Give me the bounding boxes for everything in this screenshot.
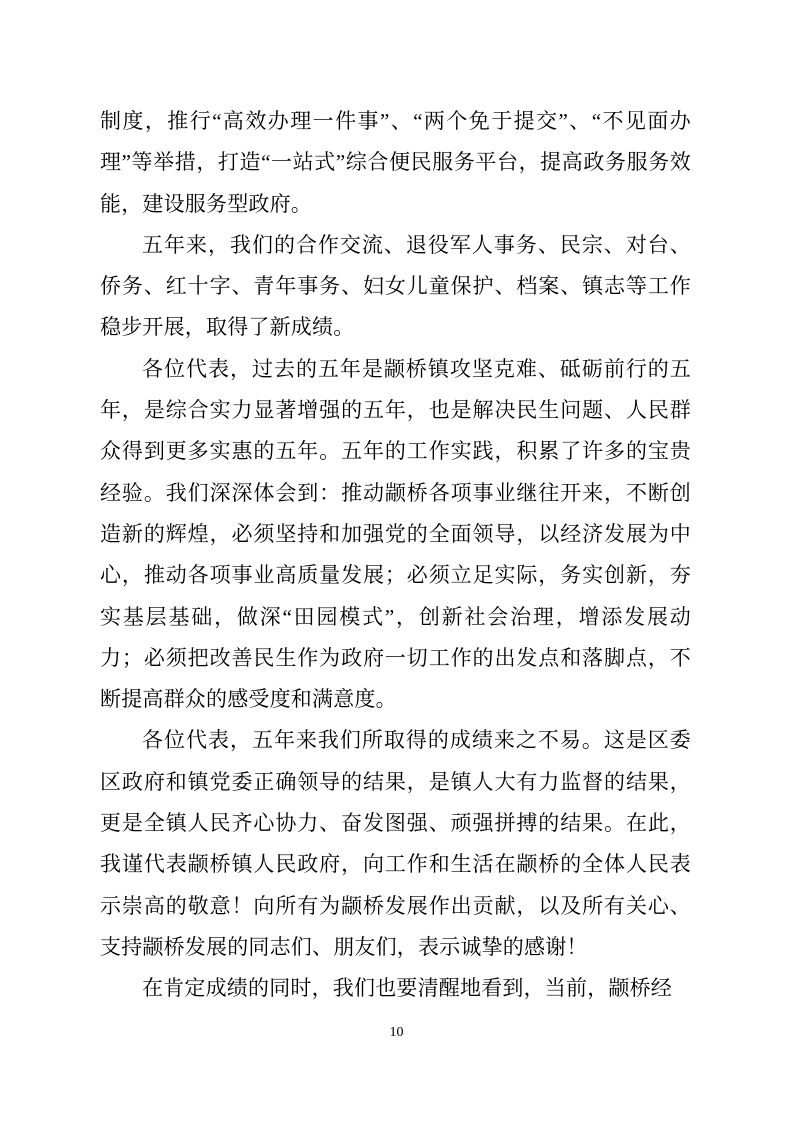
body-paragraph: 各位代表，过去的五年是颛桥镇攻坚克难、砥砺前行的五年，是综合实力显著增强的五年，…: [100, 349, 691, 721]
body-paragraph: 五年来，我们的合作交流、退役军人事务、民宗、对台、侨务、红十字、青年事务、妇女儿…: [100, 225, 691, 349]
body-paragraph: 各位代表，五年来我们所取得的成绩来之不易。这是区委区政府和镇党委正确领导的结果，…: [100, 720, 691, 968]
page-number: 10: [0, 1024, 793, 1042]
document-text-block: 制度，推行“高效办理一件事”、“两个免于提交”、“不见面办理”等举措，打造“一站…: [100, 101, 691, 1010]
body-paragraph: 在肯定成绩的同时，我们也要清醒地看到，当前，颛桥经: [100, 968, 691, 1009]
document-page: 制度，推行“高效办理一件事”、“两个免于提交”、“不见面办理”等举措，打造“一站…: [0, 0, 793, 1122]
body-paragraph: 制度，推行“高效办理一件事”、“两个免于提交”、“不见面办理”等举措，打造“一站…: [100, 101, 691, 225]
